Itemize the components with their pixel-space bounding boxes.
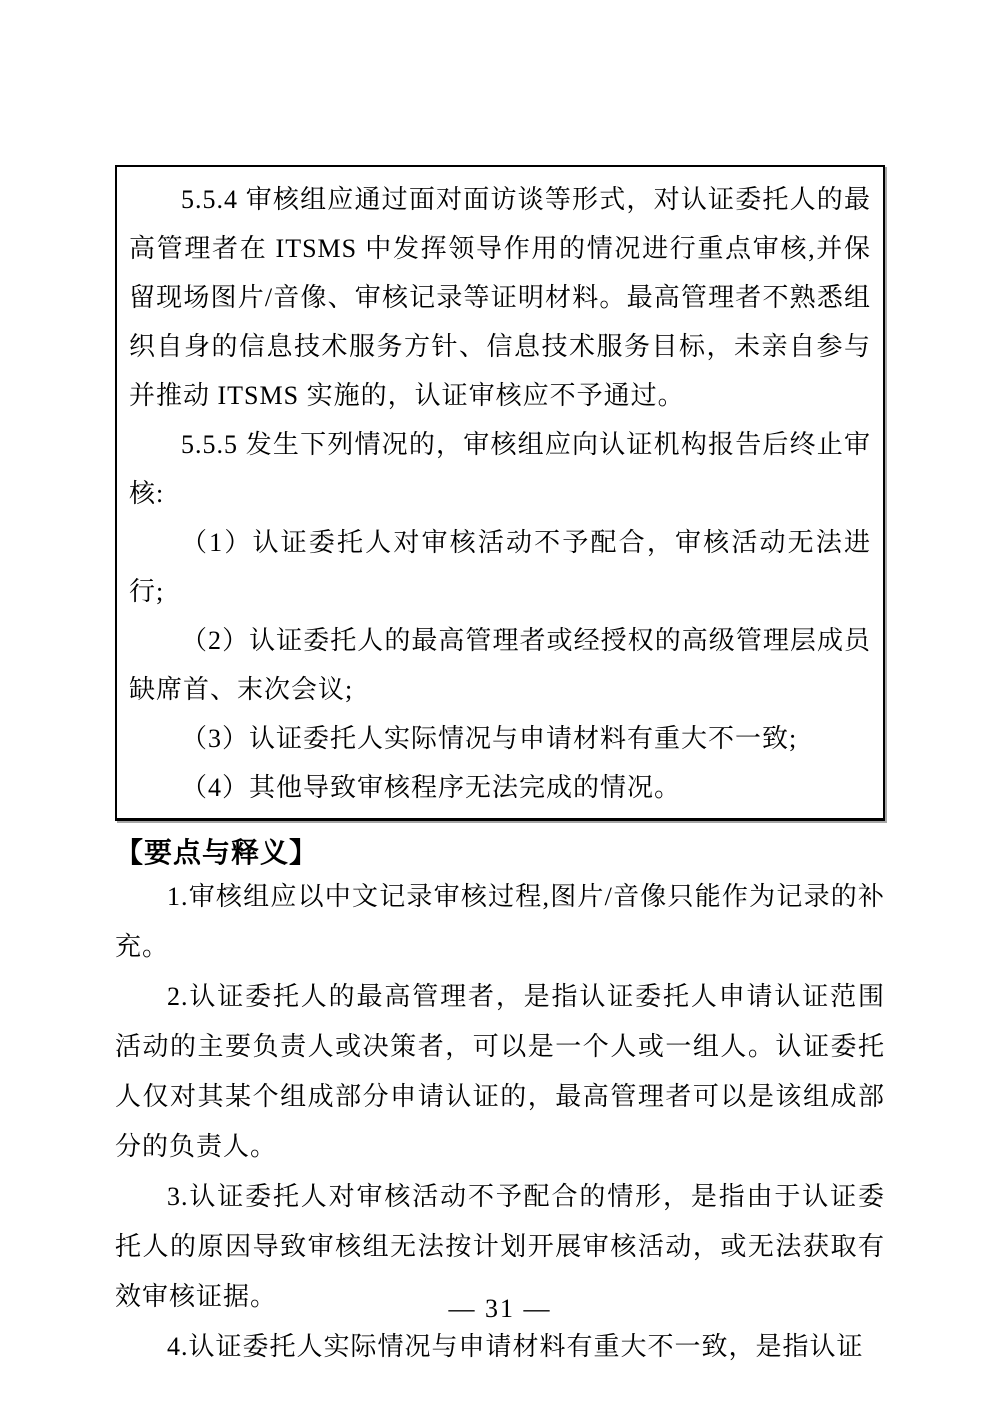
clause-item-4: （4）其他导致审核程序无法完成的情况。 [129,763,871,812]
page-number: — 31 — [0,1294,1000,1324]
clause-5-5-5: 5.5.5 发生下列情况的，审核组应向认证机构报告后终止审核: [129,420,871,518]
clause-item-2: （2）认证委托人的最高管理者或经授权的高级管理层成员缺席首、末次会议; [129,616,871,714]
page-content: 5.5.4 审核组应通过面对面访谈等形式，对认证委托人的最高管理者在 ITSMS… [115,165,885,1372]
clause-item-1: （1）认证委托人对审核活动不予配合，审核活动无法进行; [129,518,871,616]
clause-5-5-4: 5.5.4 审核组应通过面对面访谈等形式，对认证委托人的最高管理者在 ITSMS… [129,175,871,420]
clause-box: 5.5.4 审核组应通过面对面访谈等形式，对认证委托人的最高管理者在 ITSMS… [115,165,885,821]
section-heading: 【要点与释义】 [115,836,885,870]
document-page: 5.5.4 审核组应通过面对面访谈等形式，对认证委托人的最高管理者在 ITSMS… [0,0,1000,1414]
note-4: 4.认证委托人实际情况与申请材料有重大不一致，是指认证 [115,1322,885,1372]
note-2: 2.认证委托人的最高管理者，是指认证委托人申请认证范围活动的主要负责人或决策者，… [115,972,885,1172]
clause-item-3: （3）认证委托人实际情况与申请材料有重大不一致; [129,714,871,763]
note-1: 1.审核组应以中文记录审核过程,图片/音像只能作为记录的补充。 [115,872,885,972]
